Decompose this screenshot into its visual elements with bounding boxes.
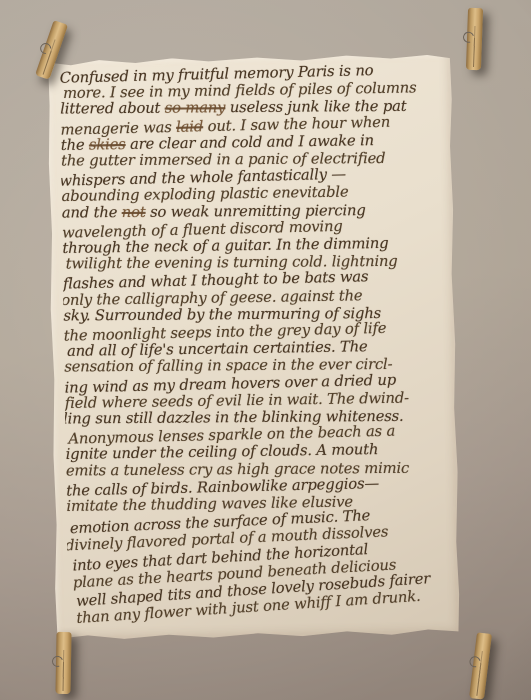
struck-word: so many (165, 100, 226, 117)
clothespin-bottom-right (469, 632, 492, 699)
line-text: and the (62, 204, 122, 221)
manuscript-paper: Confused in my fruitful memory Paris is … (46, 53, 460, 641)
line-text: littered about (60, 100, 165, 118)
photo-scene: Confused in my fruitful memory Paris is … (0, 0, 531, 700)
clothespin-bottom-left (55, 632, 71, 694)
line-text: the (61, 136, 89, 153)
line-text: menagerie was (60, 118, 176, 138)
struck-word: not (122, 203, 146, 220)
clothespin-top-right (466, 8, 483, 70)
manuscript-text: Confused in my fruitful memory Paris is … (60, 62, 454, 635)
struck-word: laid (176, 118, 203, 136)
struck-word: skies (89, 136, 126, 154)
